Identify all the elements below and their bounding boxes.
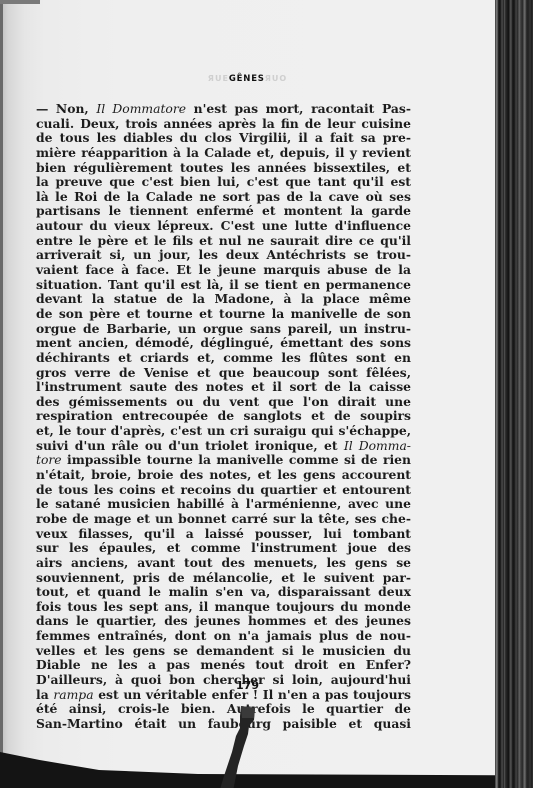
text-span: impassible tourne la manivelle comme si … [62,452,411,467]
text-line: souviennent, pris de mélancolie, et le s… [36,571,411,586]
text-span: sur les épaules, et comme l'instrument j… [36,540,411,555]
italic-text: Il Domma- [344,439,411,453]
text-span: dans le quartier, des jeunes hommes et d… [36,613,411,628]
text-span: n'est pas mort, racontait Pas- [186,101,411,116]
text-span: orgue de Barbarie, un orgue sans pareil,… [36,321,411,336]
text-span: tout, et quand le malin s'en va, dispara… [36,584,411,599]
text-line: déchirants et criards et, comme les flût… [36,351,411,366]
text-span: velles et les gens se demandent si le mu… [36,643,411,658]
text-span: le satané musicien habillé à l'arménienn… [36,496,411,511]
bookmark-ribbon-icon [218,706,266,788]
text-span: airs anciens, avant tout des menuets, le… [36,555,411,570]
text-span: des gémissements ou du vent que l'on dir… [36,394,411,409]
text-line: mière réapparition à la Calade et, depui… [36,146,411,161]
text-span: gros verre de Venise et que beaucoup son… [36,365,411,380]
text-line: autour du vieux lépreux. C'est une lutte… [36,219,411,234]
text-line: des gémissements ou du vent que l'on dir… [36,395,411,410]
text-line: de son père et tourne et tourne la maniv… [36,307,411,322]
text-span: entre le père et le fils et nul ne saura… [36,233,411,248]
text-span: et, le tour d'après, c'est un cri suraig… [36,423,411,438]
text-span: partisans le tiennent enfermé et montent… [36,203,411,218]
text-line: dans le quartier, des jeunes hommes et d… [36,614,411,629]
text-line: n'était, broie, broie des notes, et les … [36,468,411,483]
text-span: autour du vieux lépreux. C'est une lutte… [36,218,411,233]
text-line: tout, et quand le malin s'en va, dispara… [36,585,411,600]
text-line: l'instrument saute des notes et il sort … [36,380,411,395]
text-line: airs anciens, avant tout des menuets, le… [36,556,411,571]
text-span: Diable ne les a pas menés tout droit en … [36,657,411,672]
text-line: bien régulièrement toutes les années bis… [36,161,411,176]
text-span: situation. Tant qu'il est là, il se tien… [36,277,411,292]
text-span: fois tous les sept ans, il manque toujou… [36,599,411,614]
text-line: Diable ne les a pas menés tout droit en … [36,658,411,673]
text-line: fois tous les sept ans, il manque toujou… [36,600,411,615]
text-line: respiration entrecoupée de sanglots et d… [36,409,411,424]
book-page-edges [495,0,533,788]
italic-text: Il Dommatore [96,102,186,116]
text-line: partisans le tiennent enfermé et montent… [36,204,411,219]
text-span: — Non, [36,101,96,116]
running-head-showthrough-left: ЯUE [208,74,229,83]
text-line: de tous les diables du clos Virgilii, il… [36,131,411,146]
page-top-shadow [0,0,40,4]
text-span: robe de mage et un bonnet carré sur la t… [36,511,411,526]
text-line: veux filasses, qu'il a laissé pousser, l… [36,527,411,542]
text-line: — Non, Il Dommatore n'est pas mort, raco… [36,102,411,117]
text-line: velles et les gens se demandent si le mu… [36,644,411,659]
running-head: ЯUEGÊNESЯUO [0,74,495,84]
text-span: respiration entrecoupée de sanglots et d… [36,408,411,423]
text-line: de tous les coins et recoins du quartier… [36,483,411,498]
text-line: arriverait si, un jour, les deux Antéchr… [36,248,411,263]
running-head-title: GÊNES [229,74,265,84]
text-span: de tous les diables du clos Virgilii, il… [36,130,411,145]
text-line: gros verre de Venise et que beaucoup son… [36,366,411,381]
text-line: tore impassible tourne la manivelle comm… [36,453,411,468]
text-span: n'était, broie, broie des notes, et les … [36,467,411,482]
text-span: veux filasses, qu'il a laissé pousser, l… [36,526,411,541]
text-span: là le Roi de la Calade ne sort pas de la… [36,189,411,204]
text-span: femmes entraînés, dont on n'a jamais plu… [36,628,411,643]
text-line: entre le père et le fils et nul ne saura… [36,234,411,249]
book-page: ЯUEGÊNESЯUO — Non, Il Dommatore n'est pa… [0,0,495,788]
text-line: ment ancien, démodé, déglingué, émettant… [36,336,411,351]
text-line: robe de mage et un bonnet carré sur la t… [36,512,411,527]
page-gutter-edge [0,0,3,760]
text-span: mière réapparition à la Calade et, depui… [36,145,411,160]
text-span: de son père et tourne et tourne la maniv… [36,306,411,321]
text-line: suivi d'un râle ou d'un triolet ironique… [36,439,411,454]
text-line: femmes entraînés, dont on n'a jamais plu… [36,629,411,644]
text-line: la preuve que c'est bien lui, c'est que … [36,175,411,190]
text-line: devant la statue de la Madone, à la plac… [36,292,411,307]
body-text: — Non, Il Dommatore n'est pas mort, raco… [36,102,411,732]
text-span: bien régulièrement toutes les années bis… [36,160,411,175]
text-span: déchirants et criards et, comme les flût… [36,350,411,365]
text-line: orgue de Barbarie, un orgue sans pareil,… [36,322,411,337]
text-line: le satané musicien habillé à l'arménienn… [36,497,411,512]
text-line: vaient face à face. Et le jeune marquis … [36,263,411,278]
page-number: 179 [0,679,495,692]
text-span: de tous les coins et recoins du quartier… [36,482,411,497]
text-span: la preuve que c'est bien lui, c'est que … [36,174,411,189]
italic-text: tore [36,453,62,467]
text-span: l'instrument saute des notes et il sort … [36,379,411,394]
text-span: arriverait si, un jour, les deux Antéchr… [36,247,411,262]
running-head-showthrough-right: ЯUO [265,74,287,83]
text-span: cuali. Deux, trois années après la fin d… [36,116,411,131]
text-span: souviennent, pris de mélancolie, et le s… [36,570,411,585]
text-span: vaient face à face. Et le jeune marquis … [36,262,411,277]
text-line: cuali. Deux, trois années après la fin d… [36,117,411,132]
text-span: devant la statue de la Madone, à la plac… [36,291,411,306]
text-span: suivi d'un râle ou d'un triolet ironique… [36,438,344,453]
text-span: ment ancien, démodé, déglingué, émettant… [36,335,411,350]
text-line: là le Roi de la Calade ne sort pas de la… [36,190,411,205]
text-line: et, le tour d'après, c'est un cri suraig… [36,424,411,439]
text-line: situation. Tant qu'il est là, il se tien… [36,278,411,293]
text-line: sur les épaules, et comme l'instrument j… [36,541,411,556]
